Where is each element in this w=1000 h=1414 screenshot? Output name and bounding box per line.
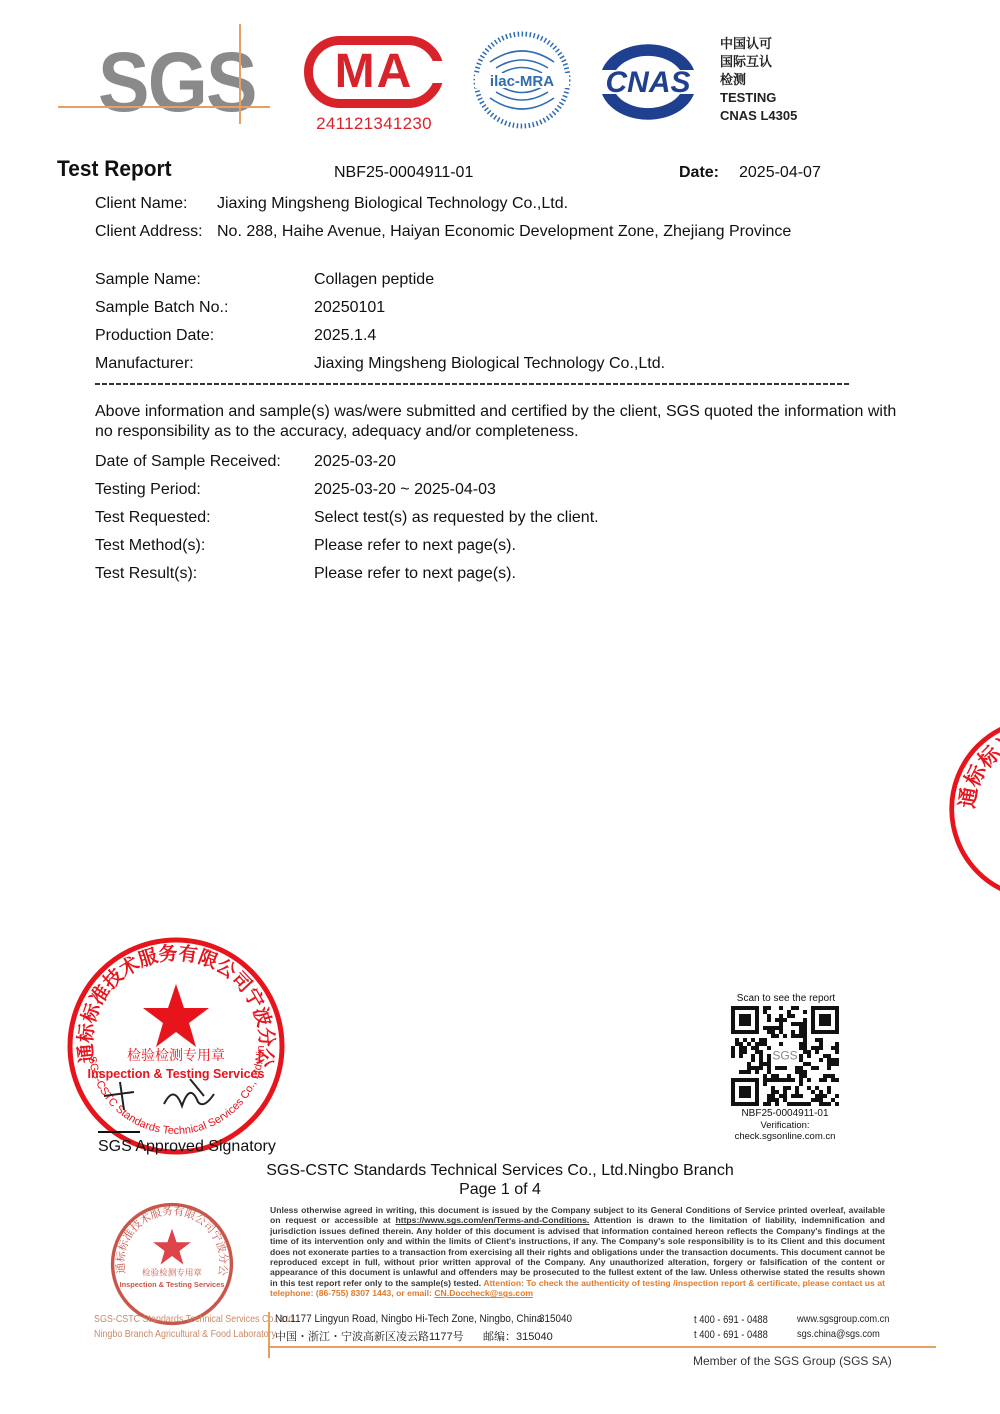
ilac-mra-icon: ilac-MRA [472, 30, 572, 130]
field-label: Date of Sample Received: [95, 453, 281, 471]
verification-url[interactable]: check.sgsonline.com.cn [718, 1131, 852, 1142]
address-english: No.1177 Lingyun Road, Ningbo Hi-Tech Zon… [275, 1313, 542, 1325]
field-label: Manufacturer: [95, 355, 194, 373]
lab-name-line-2: Ningbo Branch Agricultural & Food Labora… [94, 1328, 276, 1340]
svg-text:SGS: SGS [772, 1049, 797, 1063]
qr-verification: Verification: check.sgsonline.com.cn [718, 1120, 852, 1142]
page-number: Page 1 of 4 [0, 1181, 1000, 1199]
cma-logo: MA 241121341230 [304, 36, 444, 136]
qr-code[interactable]: SGS [731, 1005, 839, 1107]
field-value: 2025-03-20 ~ 2025-04-03 [314, 481, 496, 499]
cnas-line: 检测 [720, 71, 797, 89]
official-seal: 通标标准技术服务有限公司宁波分公司 SGS-CSTC Standards Tec… [64, 934, 288, 1158]
date-label: Date: [679, 164, 719, 182]
official-seal-partial: 通标标准技术服务有限公司宁波分公司 [946, 714, 1000, 904]
cnas-line: 国际互认 [720, 53, 797, 71]
client-address-value: No. 288, Haihe Avenue, Haiyan Economic D… [217, 223, 791, 241]
footer-horizontal-rule [268, 1346, 936, 1348]
sgs-logo-text: SGS [98, 40, 256, 124]
zip-chinese: 邮编：315040 [483, 1328, 553, 1344]
signature-line [98, 1131, 140, 1133]
field-value: 2025.1.4 [314, 327, 376, 345]
dashed-divider [95, 383, 850, 385]
report-date: 2025-04-07 [739, 164, 821, 182]
svg-text:Inspection & Testing Services: Inspection & Testing Services [88, 1067, 265, 1081]
field-label: Test Requested: [95, 509, 211, 527]
client-name-row: Client Name: [95, 195, 187, 213]
cma-number: 241121341230 [304, 114, 444, 134]
telephone-1: t 400 - 691 - 0488 [694, 1314, 768, 1326]
verification-label: Verification: [718, 1120, 852, 1131]
logo-vertical-rule [239, 24, 241, 124]
cma-letters: MA [304, 42, 444, 102]
cnas-line: CNAS L4305 [720, 107, 797, 125]
svg-text:ilac-MRA: ilac-MRA [490, 73, 554, 90]
qr-report-id: NBF25-0004911-01 [718, 1108, 852, 1119]
seal-icon: 通标标准技术服务有限公司宁波分公司 SGS-CSTC Standards Tec… [64, 934, 288, 1158]
field-value: Select test(s) as requested by the clien… [314, 509, 599, 527]
field-label: Sample Batch No.: [95, 299, 228, 317]
footer-seal: 通标标准技术服务有限公司宁波分公司 检验检测专用章 Inspection & T… [108, 1200, 236, 1328]
ilac-mra-logo: ilac-MRA [472, 30, 572, 130]
qr-code-icon: SGS [731, 1005, 839, 1107]
issuing-company: SGS-CSTC Standards Technical Services Co… [0, 1162, 1000, 1180]
field-label: Production Date: [95, 327, 214, 345]
client-address-label: Client Address: [95, 223, 203, 240]
website-link[interactable]: www.sgsgroup.com.cn [797, 1313, 889, 1325]
footer-vertical-rule [268, 1312, 270, 1358]
terms-fine-print: Unless otherwise agreed in writing, this… [270, 1205, 885, 1299]
svg-text:CNAS: CNAS [605, 66, 690, 99]
approved-signatory-label: SGS Approved Signatory [98, 1138, 276, 1156]
field-value: 20250101 [314, 299, 385, 317]
seal-icon: 通标标准技术服务有限公司宁波分公司 检验检测专用章 Inspection & T… [108, 1200, 236, 1328]
cnas-line: 中国认可 [720, 35, 797, 53]
field-label: Test Method(s): [95, 537, 205, 555]
lab-name-line-1: SGS-CSTC Standards Technical Services Co… [94, 1313, 296, 1325]
doccheck-email-link[interactable]: CN.Doccheck@sgs.com [434, 1288, 533, 1298]
page-title: Test Report [57, 156, 172, 182]
client-name-label: Client Name: [95, 195, 187, 212]
cnas-accreditation-text: 中国认可 国际互认 检测 TESTING CNAS L4305 [720, 35, 797, 125]
field-label: Test Result(s): [95, 565, 197, 583]
terms-link[interactable]: https://www.sgs.com/en/Terms-and-Conditi… [395, 1215, 589, 1225]
client-name-value: Jiaxing Mingsheng Biological Technology … [217, 195, 568, 213]
email-link[interactable]: sgs.china@sgs.com [797, 1328, 880, 1340]
cnas-logo: CNAS [590, 36, 706, 128]
member-statement: Member of the SGS Group (SGS SA) [693, 1354, 892, 1368]
client-disclaimer: Above information and sample(s) was/were… [95, 402, 915, 442]
cnas-line: TESTING [720, 89, 797, 107]
svg-text:检验检测专用章: 检验检测专用章 [142, 1266, 202, 1278]
telephone-2: t 400 - 691 - 0488 [694, 1329, 768, 1341]
field-label: Sample Name: [95, 271, 201, 289]
field-value: 2025-03-20 [314, 453, 396, 471]
sgs-logo: SGS [58, 24, 270, 124]
svg-text:检验检测专用章: 检验检测专用章 [127, 1047, 225, 1064]
field-value: Please refer to next page(s). [314, 537, 516, 555]
field-value: Please refer to next page(s). [314, 565, 516, 583]
cnas-icon: CNAS [590, 36, 706, 128]
report-number: NBF25-0004911-01 [334, 164, 473, 182]
address-chinese: 中国・浙江・宁波高新区凌云路1177号 [275, 1328, 464, 1344]
qr-caption: Scan to see the report [730, 993, 842, 1004]
field-value: Collagen peptide [314, 271, 434, 289]
field-value: Jiaxing Mingsheng Biological Technology … [314, 355, 665, 373]
field-label: Testing Period: [95, 481, 201, 499]
svg-text:Inspection & Testing Services: Inspection & Testing Services [120, 1280, 225, 1289]
zip-english: 315040 [539, 1313, 572, 1325]
seal-icon: 通标标准技术服务有限公司宁波分公司 [946, 714, 1000, 904]
client-address-row: Client Address: [95, 223, 203, 241]
